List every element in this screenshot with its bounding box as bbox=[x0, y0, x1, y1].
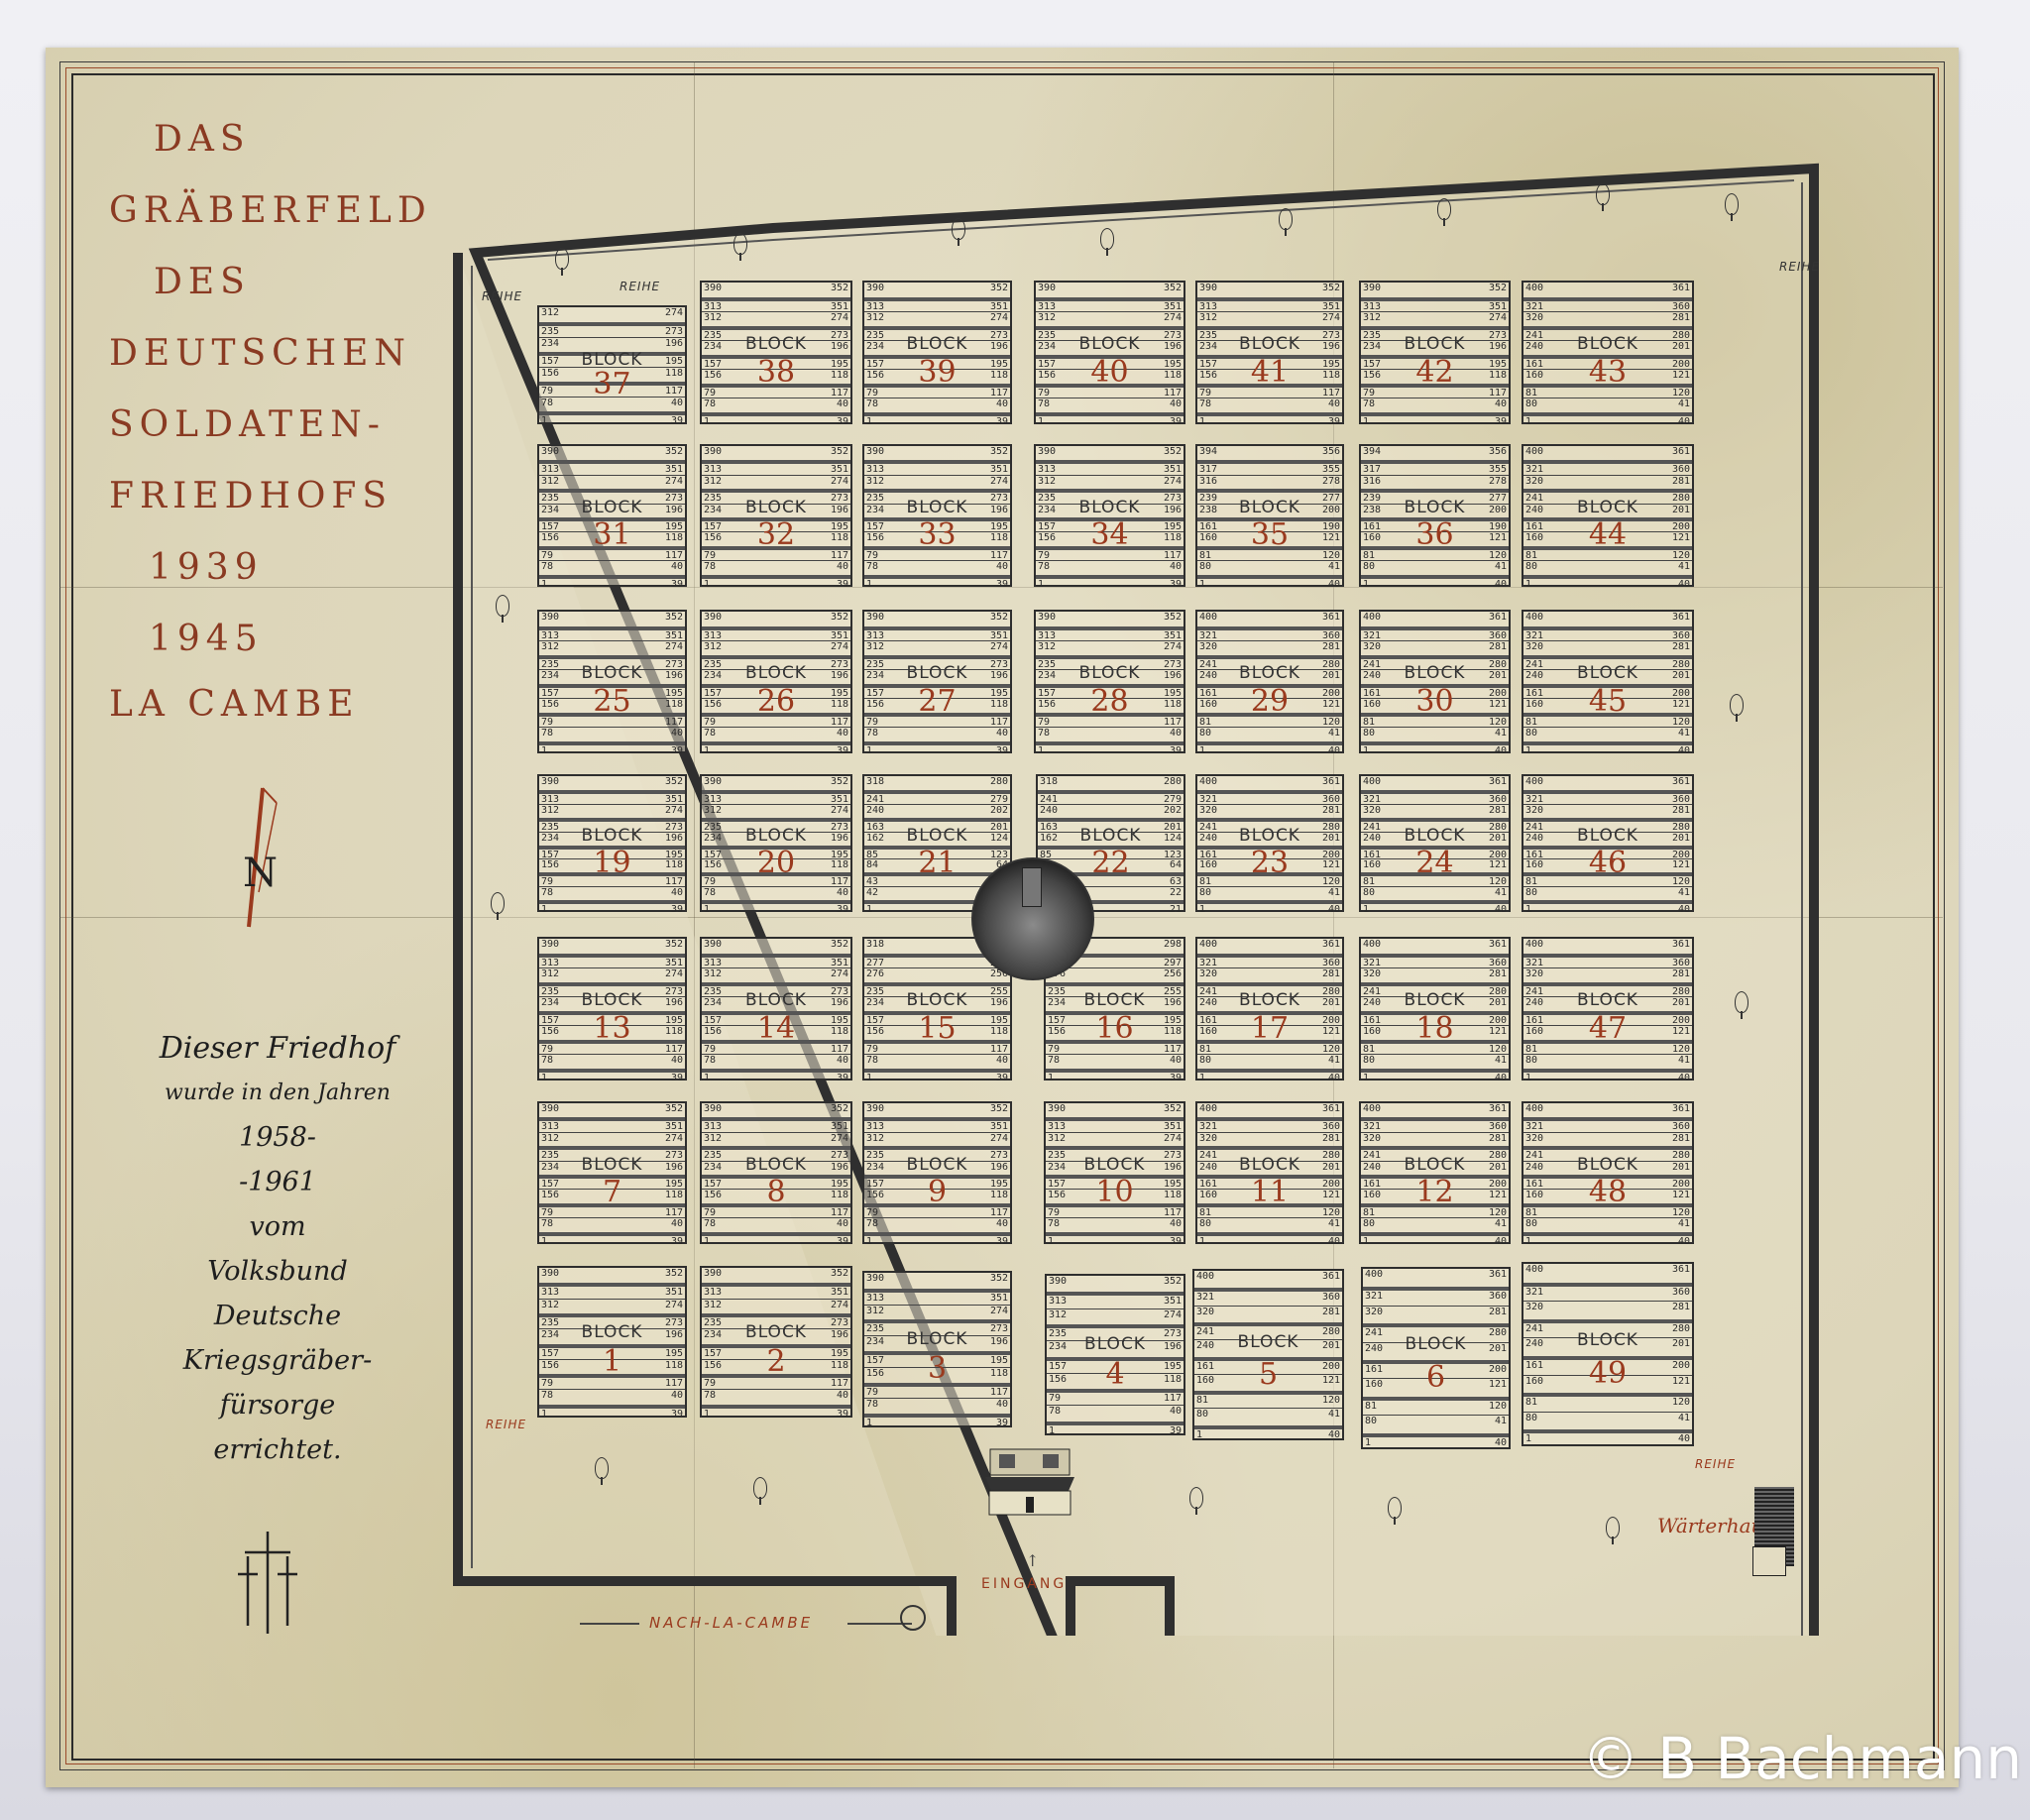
grave-number-start: 78 bbox=[541, 1055, 553, 1066]
grave-row: 312274 bbox=[702, 804, 850, 819]
grave-number-start: 321 bbox=[1196, 1292, 1214, 1303]
grave-number-start: 400 bbox=[1199, 1103, 1217, 1114]
grave-number-start: 1 bbox=[866, 1073, 872, 1083]
grave-number-end: 41 bbox=[1678, 561, 1690, 572]
grave-number-end: 274 bbox=[990, 476, 1008, 487]
grave-row: 7840 bbox=[702, 1217, 850, 1232]
reihe-label: REIHE bbox=[486, 1418, 526, 1431]
grave-row: 400361 bbox=[1523, 1264, 1692, 1283]
grave-number-start: 313 bbox=[541, 630, 559, 641]
grave-row: 312274 bbox=[539, 1132, 685, 1147]
block-number: 8 bbox=[702, 1175, 850, 1209]
grave-number-start: 400 bbox=[1363, 1103, 1381, 1114]
grave-number-end: 361 bbox=[1489, 939, 1507, 950]
grave-number-end: 40 bbox=[1678, 1433, 1690, 1444]
block-label: BLOCK bbox=[1361, 1155, 1509, 1175]
grave-number-end: 40 bbox=[1328, 1073, 1340, 1083]
grave-number-start: 313 bbox=[541, 1121, 559, 1132]
grave-row: 320281 bbox=[1197, 640, 1342, 656]
block-label: BLOCK bbox=[1361, 826, 1509, 846]
grave-row: 320281 bbox=[1361, 804, 1509, 819]
grave-number-start: 313 bbox=[1363, 301, 1381, 312]
grave-row: 7840 bbox=[702, 560, 850, 575]
grave-number-end: 40 bbox=[671, 1390, 683, 1401]
grave-number-start: 312 bbox=[704, 1133, 722, 1144]
grave-block[interactable]: 4003613213603202812412802402011612001601… bbox=[1359, 774, 1511, 912]
grave-row: 312274 bbox=[864, 1132, 1010, 1147]
grave-number-end: 352 bbox=[831, 776, 848, 787]
grave-number-start: 400 bbox=[1363, 939, 1381, 950]
grave-block[interactable]: 3903523133513122742352732341961571951561… bbox=[1045, 1274, 1185, 1435]
grave-row: 312274 bbox=[539, 967, 685, 983]
grave-number-end: 40 bbox=[671, 561, 683, 572]
grave-number-end: 40 bbox=[671, 887, 683, 898]
grave-block[interactable]: 4003613213603202812412802402011612001601… bbox=[1522, 774, 1694, 912]
grave-number-start: 390 bbox=[1038, 612, 1056, 623]
title-line: DEUTSCHEN bbox=[109, 333, 411, 374]
grave-row: 140 bbox=[1523, 575, 1692, 593]
grave-row: 400361 bbox=[1523, 776, 1692, 790]
block-number: 27 bbox=[864, 684, 1010, 719]
grave-number-end: 351 bbox=[990, 630, 1008, 641]
grave-number-start: 78 bbox=[704, 1390, 716, 1401]
north-arrow-icon: N bbox=[233, 783, 292, 932]
grave-block[interactable]: 3903523133513122742352732341961571951561… bbox=[862, 281, 1012, 424]
grave-block[interactable]: 3903523133513122742352732341961571951561… bbox=[1034, 610, 1185, 753]
grave-number-end: 39 bbox=[837, 1073, 848, 1083]
grave-number-start: 312 bbox=[704, 312, 722, 323]
grave-number-start: 313 bbox=[1038, 630, 1056, 641]
tree-icon bbox=[1735, 991, 1748, 1013]
block-label: BLOCK bbox=[1523, 990, 1692, 1010]
grave-number-end: 352 bbox=[1489, 283, 1507, 293]
grave-number-start: 313 bbox=[704, 1287, 722, 1298]
grave-row: 7840 bbox=[1361, 398, 1509, 413]
tree-icon bbox=[733, 233, 747, 255]
grave-row: 140 bbox=[1197, 1232, 1342, 1250]
grave-number-end: 351 bbox=[990, 464, 1008, 475]
grave-number-start: 313 bbox=[704, 630, 722, 641]
grave-block[interactable]: 3122742352732341961571951561187911778401… bbox=[537, 305, 687, 424]
tree-icon bbox=[1388, 1497, 1402, 1519]
grave-block[interactable]: 3903523133513122742352732341961571951561… bbox=[700, 610, 852, 753]
grave-block[interactable]: 3903523133513122742352732341961571951561… bbox=[537, 1101, 687, 1244]
grave-block[interactable]: 3903523133513122742352732341961571951561… bbox=[700, 937, 852, 1081]
grave-number-end: 196 bbox=[665, 338, 683, 349]
grave-block[interactable]: 4003613213603202812412802402011612001601… bbox=[1522, 444, 1694, 587]
block-number: 24 bbox=[1361, 846, 1509, 880]
grave-row: 320281 bbox=[1197, 1132, 1342, 1147]
grave-number-start: 240 bbox=[1040, 805, 1058, 816]
grave-number-start: 312 bbox=[704, 641, 722, 652]
grave-block[interactable]: 4003613213603202812412802402011612001601… bbox=[1522, 281, 1694, 424]
grave-number-start: 400 bbox=[1363, 776, 1381, 787]
grave-number-start: 78 bbox=[704, 728, 716, 739]
grave-number-end: 361 bbox=[1489, 776, 1507, 787]
grave-block[interactable]: 4003613213603202812412802402011612001601… bbox=[1195, 1101, 1344, 1244]
grave-number-end: 352 bbox=[665, 1268, 683, 1279]
grave-row: 139 bbox=[1036, 412, 1184, 431]
grave-block[interactable]: 3903523133513122742352732341961571951561… bbox=[537, 1266, 687, 1418]
grave-number-start: 313 bbox=[866, 301, 884, 312]
grave-row: 312274 bbox=[1046, 1132, 1184, 1147]
grave-row: 139 bbox=[702, 1232, 850, 1250]
grave-block[interactable]: 3903523133513122742352732341961571951561… bbox=[700, 774, 852, 912]
block-label: BLOCK bbox=[864, 826, 1010, 846]
grave-number-start: 313 bbox=[1049, 1296, 1067, 1307]
block-number: 47 bbox=[1523, 1011, 1692, 1046]
grave-number-start: 321 bbox=[1199, 1121, 1217, 1132]
crosses-emblem-icon bbox=[223, 1527, 312, 1636]
grave-number-end: 274 bbox=[831, 312, 848, 323]
grave-row: 312274 bbox=[864, 475, 1010, 490]
grave-number-end: 41 bbox=[1678, 1055, 1690, 1066]
block-number: 23 bbox=[1197, 846, 1342, 880]
grave-number-end: 361 bbox=[1489, 1269, 1507, 1280]
grave-block[interactable]: 3903523133513122742352732341961571951561… bbox=[1034, 444, 1185, 587]
grave-block[interactable]: 3903523133513122742352732341961571951561… bbox=[1034, 281, 1185, 424]
grave-number-start: 234 bbox=[541, 338, 559, 349]
grave-number-start: 1 bbox=[1199, 1236, 1205, 1247]
grave-number-start: 78 bbox=[704, 1055, 716, 1066]
grave-number-start: 277 bbox=[866, 958, 884, 968]
grave-number-end: 361 bbox=[1322, 612, 1340, 623]
grave-number-end: 40 bbox=[996, 1055, 1008, 1066]
grave-number-end: 40 bbox=[1170, 1055, 1182, 1066]
grave-block[interactable]: 4003613213603202812412802402011612001601… bbox=[1192, 1269, 1344, 1440]
grave-number-start: 1 bbox=[1199, 1073, 1205, 1083]
grave-number-end: 41 bbox=[1495, 1055, 1507, 1066]
grave-block[interactable]: 4003613213603202812412802402011612001601… bbox=[1361, 1267, 1511, 1449]
grave-row: 390352 bbox=[1046, 1103, 1184, 1117]
grave-block[interactable]: 4003613213603202812412802402011612001601… bbox=[1359, 610, 1511, 753]
grave-number-end: 39 bbox=[996, 579, 1008, 590]
grave-number-end: 40 bbox=[1495, 579, 1507, 590]
title-line: DES bbox=[154, 262, 251, 302]
grave-block[interactable]: 3903523133513122742352732341961571951561… bbox=[537, 610, 687, 753]
grave-number-start: 400 bbox=[1525, 1103, 1543, 1114]
grave-number-start: 1 bbox=[1365, 1437, 1371, 1448]
title-line: FRIEDHOFS bbox=[109, 476, 393, 516]
grave-row: 139 bbox=[702, 741, 850, 760]
grave-number-start: 1 bbox=[1363, 904, 1369, 915]
grave-number-start: 312 bbox=[541, 968, 559, 979]
grave-block[interactable]: 3903523133513122742352732341961571951561… bbox=[700, 1266, 852, 1418]
block-label: BLOCK bbox=[539, 1155, 685, 1175]
grave-number-start: 80 bbox=[1199, 1218, 1211, 1229]
grave-row: 7840 bbox=[1036, 560, 1184, 575]
grave-block[interactable]: 4003613213603202812412802402011612001601… bbox=[1522, 937, 1694, 1081]
grave-number-end: 361 bbox=[1489, 1103, 1507, 1114]
grave-number-end: 40 bbox=[1495, 398, 1507, 409]
grave-number-end: 39 bbox=[1170, 416, 1182, 427]
grave-number-end: 41 bbox=[1495, 561, 1507, 572]
grave-number-start: 312 bbox=[866, 641, 884, 652]
grave-row: 140 bbox=[1197, 1069, 1342, 1087]
grave-block[interactable]: 4003613213603202812412802402011612001601… bbox=[1522, 1262, 1694, 1446]
grave-number-start: 78 bbox=[866, 1055, 878, 1066]
grave-row: 7840 bbox=[539, 1389, 685, 1405]
grave-row: 7840 bbox=[1047, 1405, 1184, 1422]
grave-number-end: 40 bbox=[837, 728, 848, 739]
grave-number-start: 320 bbox=[1363, 641, 1381, 652]
grave-number-start: 400 bbox=[1525, 283, 1543, 293]
grave-number-start: 1 bbox=[541, 579, 547, 590]
grave-row: 390352 bbox=[1036, 446, 1184, 460]
grave-row: 139 bbox=[864, 1069, 1010, 1087]
grave-row: 312274 bbox=[702, 1299, 850, 1314]
block-number: 3 bbox=[864, 1351, 1010, 1386]
grave-row: 316278 bbox=[1197, 475, 1342, 490]
grave-block[interactable]: 3903523133513122742352732341961571951561… bbox=[862, 1271, 1012, 1427]
grave-number-start: 394 bbox=[1363, 446, 1381, 457]
grave-number-end: 361 bbox=[1322, 939, 1340, 950]
grave-number-end: 351 bbox=[831, 1121, 848, 1132]
block-label: BLOCK bbox=[1197, 1155, 1342, 1175]
grave-block[interactable]: 3903523133513122742352732341961571951561… bbox=[1359, 281, 1511, 424]
grave-number-end: 351 bbox=[1489, 301, 1507, 312]
grave-row: 140 bbox=[1197, 900, 1342, 918]
block-label: BLOCK bbox=[702, 334, 850, 354]
grave-row: 139 bbox=[1197, 412, 1342, 431]
block-label: BLOCK bbox=[1361, 663, 1509, 683]
block-label: BLOCK bbox=[1523, 826, 1692, 846]
grave-block[interactable]: 4003613213603202812412802402011612001601… bbox=[1522, 1101, 1694, 1244]
grave-row: 8041 bbox=[1523, 1217, 1692, 1232]
grave-number-end: 360 bbox=[1672, 1287, 1690, 1298]
grave-number-end: 281 bbox=[1489, 1307, 1507, 1317]
grave-number-end: 361 bbox=[1672, 939, 1690, 950]
block-number: 40 bbox=[1036, 355, 1184, 390]
grave-number-end: 351 bbox=[665, 1121, 683, 1132]
grave-row: 390352 bbox=[1047, 1276, 1184, 1292]
grave-number-end: 352 bbox=[1164, 446, 1182, 457]
grave-row: 390352 bbox=[1361, 283, 1509, 297]
grave-number-start: 312 bbox=[1038, 476, 1056, 487]
grave-number-start: 80 bbox=[1363, 1218, 1375, 1229]
grave-number-start: 320 bbox=[1199, 805, 1217, 816]
grave-row: 320281 bbox=[1363, 1306, 1509, 1324]
block-number: 29 bbox=[1197, 684, 1342, 719]
grave-block[interactable]: 3903523133513122742352732341961571951561… bbox=[862, 444, 1012, 587]
grave-number-end: 298 bbox=[1164, 939, 1182, 950]
grave-number-start: 320 bbox=[1365, 1307, 1383, 1317]
grave-row: 7840 bbox=[1046, 1217, 1184, 1232]
grave-block[interactable]: 3903523133513122742352732341961571951561… bbox=[537, 774, 687, 912]
grave-number-start: 390 bbox=[704, 283, 722, 293]
block-number: 32 bbox=[702, 517, 850, 552]
block-label: BLOCK bbox=[1047, 1334, 1184, 1354]
grave-number-start: 320 bbox=[1199, 641, 1217, 652]
block-number: 49 bbox=[1523, 1356, 1692, 1391]
grave-number-start: 78 bbox=[541, 728, 553, 739]
entrance-gatehouse-icon[interactable] bbox=[985, 1447, 1074, 1517]
grave-number-end: 278 bbox=[1489, 476, 1507, 487]
grave-row: 390352 bbox=[864, 283, 1010, 297]
grave-number-end: 41 bbox=[1328, 728, 1340, 739]
grave-number-start: 312 bbox=[1038, 641, 1056, 652]
grave-number-end: 41 bbox=[1678, 398, 1690, 409]
grave-number-end: 39 bbox=[1170, 745, 1182, 756]
grave-number-end: 274 bbox=[1489, 312, 1507, 323]
grave-block[interactable]: 4003613213603202812412802402011612001601… bbox=[1359, 1101, 1511, 1244]
grave-number-end: 274 bbox=[665, 968, 683, 979]
grave-number-end: 360 bbox=[1489, 630, 1507, 641]
grave-number-end: 39 bbox=[1170, 1425, 1182, 1436]
block-label: BLOCK bbox=[539, 498, 685, 517]
grave-block[interactable]: 3903523133513122742352732341961571951561… bbox=[700, 281, 852, 424]
grave-number-start: 1 bbox=[1363, 745, 1369, 756]
grave-number-start: 1 bbox=[1363, 1236, 1369, 1247]
grave-number-start: 42 bbox=[866, 887, 878, 898]
grave-number-start: 390 bbox=[704, 1268, 722, 1279]
grave-number-end: 352 bbox=[990, 612, 1008, 623]
block-number: 19 bbox=[539, 846, 685, 880]
grave-row: 139 bbox=[1047, 1422, 1184, 1441]
grave-number-end: 40 bbox=[837, 561, 848, 572]
grave-number-end: 351 bbox=[831, 958, 848, 968]
grave-number-end: 360 bbox=[1672, 958, 1690, 968]
grave-number-start: 318 bbox=[866, 939, 884, 950]
grave-number-start: 390 bbox=[541, 939, 559, 950]
grave-row: 140 bbox=[1361, 741, 1509, 760]
grave-number-start: 313 bbox=[866, 464, 884, 475]
grave-number-end: 281 bbox=[1489, 641, 1507, 652]
grave-number-end: 355 bbox=[1322, 464, 1340, 475]
grave-number-start: 312 bbox=[1199, 312, 1217, 323]
block-number: 12 bbox=[1361, 1175, 1509, 1209]
block-number: 18 bbox=[1361, 1011, 1509, 1046]
grave-number-end: 281 bbox=[1672, 312, 1690, 323]
grave-block[interactable]: 3903523133513122742352732341961571951561… bbox=[700, 444, 852, 587]
block-label: BLOCK bbox=[539, 826, 685, 846]
grave-number-start: 400 bbox=[1365, 1269, 1383, 1280]
grave-row: 390352 bbox=[702, 612, 850, 626]
grave-row: 8041 bbox=[1197, 560, 1342, 575]
grave-block[interactable]: 3943563173553162782392772382001611901601… bbox=[1195, 444, 1344, 587]
title-line: 1939 bbox=[149, 547, 264, 588]
grave-number-end: 352 bbox=[665, 1103, 683, 1114]
grave-block[interactable]: 4003613213603202812412802402011612001601… bbox=[1195, 937, 1344, 1081]
grave-number-start: 313 bbox=[866, 1121, 884, 1132]
block-label: BLOCK bbox=[1036, 498, 1184, 517]
grave-number-start: 320 bbox=[1525, 641, 1543, 652]
grave-block[interactable]: 3903523133513122742352732341961571951561… bbox=[862, 610, 1012, 753]
grave-row: 400361 bbox=[1523, 1103, 1692, 1117]
grave-number-start: 321 bbox=[1199, 958, 1217, 968]
grave-number-start: 79 bbox=[866, 1387, 878, 1398]
grave-block[interactable]: 4003613213603202812412802402011612001601… bbox=[1195, 774, 1344, 912]
grave-number-end: 274 bbox=[990, 1306, 1008, 1316]
grave-number-end: 256 bbox=[1164, 968, 1182, 979]
grave-block[interactable]: 3903523133513122742352732341961571951561… bbox=[862, 1101, 1012, 1244]
grave-row: 390352 bbox=[539, 1268, 685, 1283]
grave-number-start: 276 bbox=[866, 968, 884, 979]
grave-number-end: 274 bbox=[831, 1300, 848, 1310]
grave-number-start: 1 bbox=[704, 416, 710, 427]
grave-block[interactable]: 3943563173553162782392772382001611901601… bbox=[1359, 444, 1511, 587]
grave-number-start: 390 bbox=[866, 1273, 884, 1284]
grave-number-end: 280 bbox=[1164, 776, 1182, 787]
grave-block[interactable]: 4003613213603202812412802402011612001601… bbox=[1522, 610, 1694, 753]
grave-block[interactable]: 4003613213603202812412802402011612001601… bbox=[1195, 610, 1344, 753]
grave-row: 139 bbox=[539, 1405, 685, 1423]
grave-block[interactable]: 3903523133513122742352732341961571951561… bbox=[1195, 281, 1344, 424]
block-label: BLOCK bbox=[1194, 1332, 1342, 1352]
dedication-line: Dieser Friedhof bbox=[139, 1026, 416, 1071]
grave-number-end: 351 bbox=[1164, 301, 1182, 312]
grave-number-start: 400 bbox=[1199, 776, 1217, 787]
grave-block[interactable]: 3903523133513122742352732341961571951561… bbox=[1044, 1101, 1185, 1244]
grave-row: 7840 bbox=[1197, 398, 1342, 413]
grave-block[interactable]: 3903523133513122742352732341961571951561… bbox=[537, 444, 687, 587]
grave-number-end: 40 bbox=[1495, 1073, 1507, 1083]
grave-number-start: 1 bbox=[541, 745, 547, 756]
grave-number-start: 78 bbox=[541, 1390, 553, 1401]
grave-number-end: 351 bbox=[1322, 301, 1340, 312]
grave-number-end: 351 bbox=[665, 464, 683, 475]
grave-number-start: 312 bbox=[1363, 312, 1381, 323]
grave-number-start: 79 bbox=[1049, 1393, 1061, 1404]
grave-number-start: 78 bbox=[704, 561, 716, 572]
grave-number-start: 312 bbox=[704, 968, 722, 979]
grave-row: 8041 bbox=[1523, 886, 1692, 901]
grave-row: 390352 bbox=[702, 1103, 850, 1117]
grave-block[interactable]: 3903523133513122742352732341961571951561… bbox=[700, 1101, 852, 1244]
grave-row: 140 bbox=[1523, 1429, 1692, 1452]
grave-number-end: 40 bbox=[1328, 1429, 1340, 1440]
road-arrow-line bbox=[580, 1623, 639, 1625]
block-number: 33 bbox=[864, 517, 1010, 552]
grave-row: 312274 bbox=[539, 475, 685, 490]
grave-number-start: 312 bbox=[704, 476, 722, 487]
grave-number-end: 281 bbox=[1489, 1133, 1507, 1144]
grave-block[interactable]: 3903523133513122742352732341961571951561… bbox=[537, 937, 687, 1081]
grave-number-end: 39 bbox=[671, 415, 683, 426]
grave-row: 390352 bbox=[539, 776, 685, 790]
grave-row: 276256 bbox=[864, 967, 1010, 983]
block-label: BLOCK bbox=[1197, 334, 1342, 354]
north-label: N bbox=[243, 851, 278, 896]
grave-number-end: 274 bbox=[831, 968, 848, 979]
grave-number-start: 1 bbox=[1196, 1429, 1202, 1440]
grave-number-start: 1 bbox=[704, 745, 710, 756]
grave-number-start: 1 bbox=[1525, 904, 1531, 915]
grave-number-end: 22 bbox=[1170, 887, 1182, 898]
grave-number-end: 274 bbox=[1164, 1133, 1182, 1144]
grave-number-end: 281 bbox=[1322, 805, 1340, 816]
block-number: 38 bbox=[702, 355, 850, 390]
grave-row: 139 bbox=[864, 1414, 1010, 1433]
grave-number-start: 390 bbox=[1363, 283, 1381, 293]
grave-row: 320281 bbox=[1194, 1306, 1342, 1323]
grave-row: 312274 bbox=[702, 640, 850, 656]
grave-row: 7840 bbox=[702, 1389, 850, 1405]
block-label: BLOCK bbox=[1523, 334, 1692, 354]
grave-row: 390352 bbox=[539, 939, 685, 954]
grave-number-start: 1 bbox=[1049, 1425, 1055, 1436]
grave-number-end: 39 bbox=[996, 745, 1008, 756]
grave-row: 7840 bbox=[864, 1217, 1010, 1232]
grave-row: 8041 bbox=[1523, 727, 1692, 742]
tree-icon bbox=[1279, 208, 1293, 230]
grave-row: 8041 bbox=[1523, 1054, 1692, 1070]
grave-block[interactable]: 4003613213603202812412802402011612001601… bbox=[1359, 937, 1511, 1081]
grave-number-start: 390 bbox=[866, 446, 884, 457]
grave-number-start: 321 bbox=[1199, 630, 1217, 641]
grave-number-end: 40 bbox=[1328, 904, 1340, 915]
grave-number-start: 317 bbox=[1199, 464, 1217, 475]
